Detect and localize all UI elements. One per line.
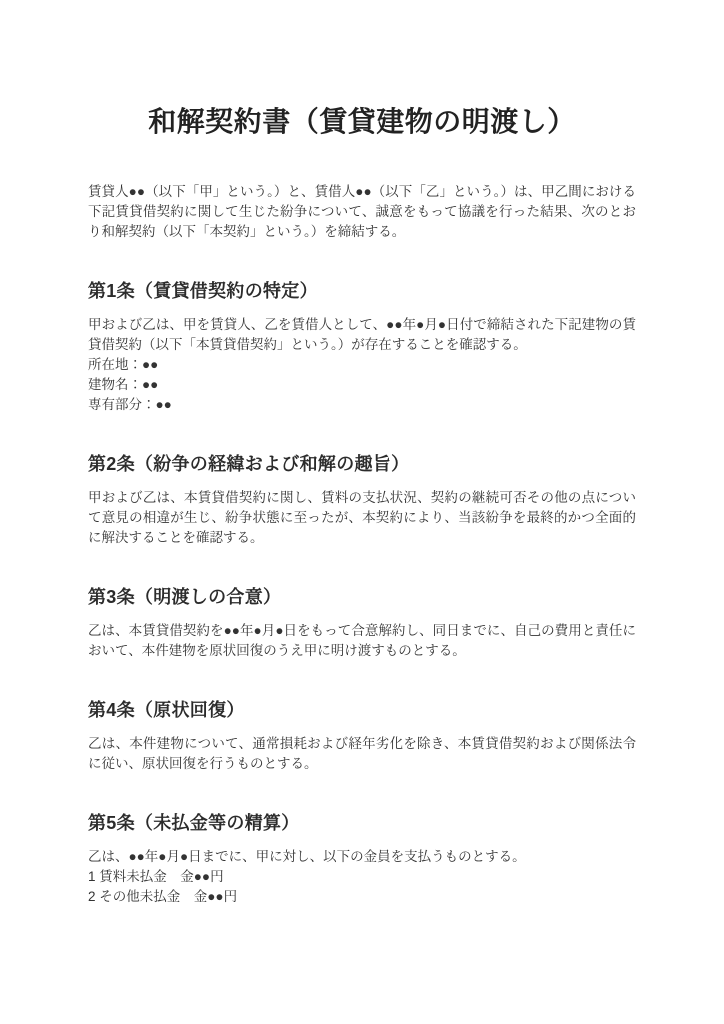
- article-2-heading: 第2条（紛争の経緯および和解の趣旨）: [88, 453, 636, 476]
- intro-paragraph: 賃貸人●●（以下「甲」という。）と、賃借人●●（以下「乙」という。）は、甲乙間に…: [88, 182, 636, 242]
- section-article-5: 第5条（未払金等の精算） 乙は、●●年●月●日までに、甲に対し、以下の金員を支払…: [88, 812, 636, 907]
- section-article-4: 第4条（原状回復） 乙は、本件建物について、通常損耗および経年劣化を除き、本賃貸…: [88, 699, 636, 774]
- section-article-1: 第1条（賃貸借契約の特定） 甲および乙は、甲を賃貸人、乙を賃借人として、●●年●…: [88, 280, 636, 415]
- article-3-heading: 第3条（明渡しの合意）: [88, 586, 636, 609]
- section-article-2: 第2条（紛争の経緯および和解の趣旨） 甲および乙は、本賃貸借契約に関し、賃料の支…: [88, 453, 636, 548]
- unpaid-rent-line: 1 賃料未払金 金●●円: [88, 867, 636, 887]
- property-building-name-line: 建物名：●●: [88, 375, 636, 395]
- property-unit-line: 専有部分：●●: [88, 395, 636, 415]
- article-4-body: 乙は、本件建物について、通常損耗および経年劣化を除き、本賃貸借契約および関係法令…: [88, 734, 636, 774]
- section-article-3: 第3条（明渡しの合意） 乙は、本賃貸借契約を●●年●月●日をもって合意解約し、同…: [88, 586, 636, 661]
- article-2-body: 甲および乙は、本賃貸借契約に関し、賃料の支払状況、契約の継続可否その他の点につい…: [88, 488, 636, 548]
- document-page: 和解契約書（賃貸建物の明渡し） 賃貸人●●（以下「甲」という。）と、賃借人●●（…: [0, 0, 724, 1024]
- document-title: 和解契約書（賃貸建物の明渡し）: [88, 104, 636, 140]
- article-5-body: 乙は、●●年●月●日までに、甲に対し、以下の金員を支払うものとする。: [88, 847, 636, 867]
- article-1-body: 甲および乙は、甲を賃貸人、乙を賃借人として、●●年●月●日付で締結された下記建物…: [88, 315, 636, 355]
- article-4-heading: 第4条（原状回復）: [88, 699, 636, 722]
- property-location-line: 所在地：●●: [88, 355, 636, 375]
- article-1-heading: 第1条（賃貸借契約の特定）: [88, 280, 636, 303]
- article-3-body: 乙は、本賃貸借契約を●●年●月●日をもって合意解約し、同日までに、自己の費用と責…: [88, 621, 636, 661]
- other-unpaid-line: 2 その他未払金 金●●円: [88, 887, 636, 907]
- article-5-heading: 第5条（未払金等の精算）: [88, 812, 636, 835]
